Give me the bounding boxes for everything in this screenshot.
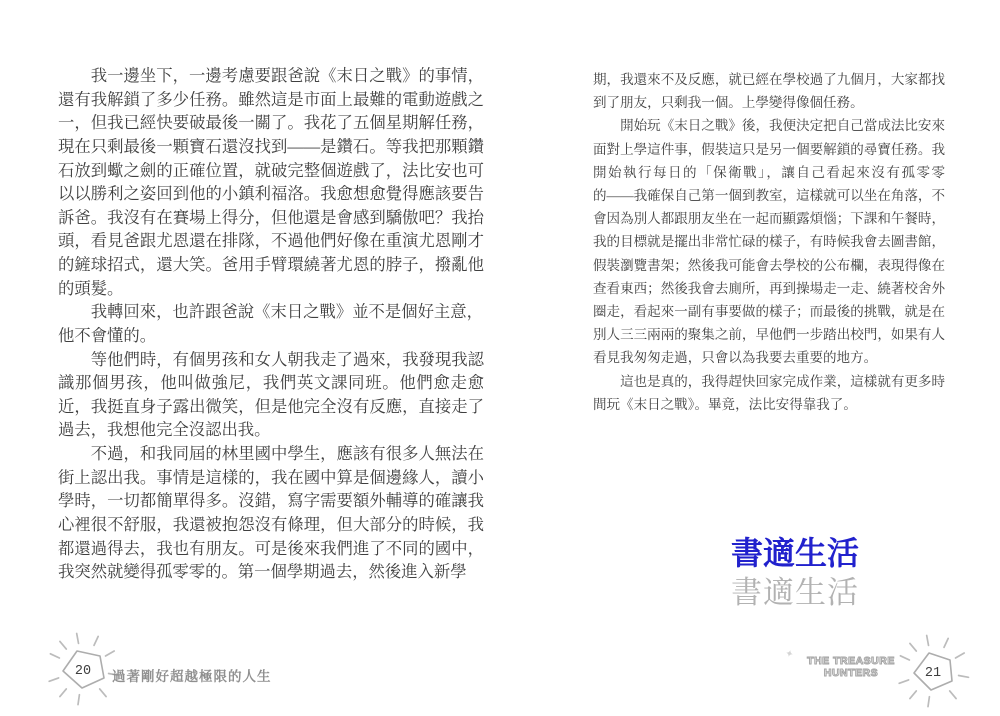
text-line: 這也是真的，我得趕快回家完成作業，這樣就有更多時 (593, 370, 945, 393)
text-line: 以以勝利之姿回到他的小鎮利福洛。我愈想愈覺得應該要告 (58, 182, 484, 206)
series-logo-line2: HUNTERS (791, 668, 911, 680)
text-line: 都還過得去，我也有朋友。可是後來我們進了不同的國中， (58, 537, 484, 561)
watermark-primary: 書適生活 (731, 537, 859, 569)
text-line: 別人三三兩兩的聚集之前，早他們一步踏出校門，如果有人 (593, 323, 945, 346)
text-line: 現在只剩最後一顆寶石還沒找到——是鑽石。等我把那顆鑽 (58, 135, 484, 159)
page-number-right: 21 (925, 666, 941, 681)
text-line: 間玩《末日之戰》。畢竟，法比安得靠我了。 (593, 393, 945, 416)
text-line: 我轉回來，也許跟爸說《末日之戰》並不是個好主意， (58, 300, 484, 324)
text-line: 他不會懂的。 (58, 324, 484, 348)
text-line: 學時，一切都簡單得多。沒錯，寫字需要額外輔導的確讓我 (58, 489, 484, 513)
page-left: 我一邊坐下，一邊考慮要跟爸說《末日之戰》的事情，還有我解鎖了多少任務。雖然這是市… (0, 0, 500, 716)
footer-book-title: 過著剛好超越極限的人生 (112, 665, 272, 685)
text-line: 查看東西；然後我會去廁所，再到操場走一走、繞著校舍外 (593, 277, 945, 300)
text-line: 的——我確保自己第一個到教室，這樣就可以坐在角落，不 (593, 184, 945, 207)
text-line: 近，我挺直身子露出微笑，但是他完全沒有反應，直接走了 (58, 395, 484, 419)
text-line: 一，但我已經快要破最後一關了。我花了五個星期解任務， (58, 111, 484, 135)
text-line: 面對上學這件事，假裝這只是另一個要解鎖的尋寶任務。我 (593, 138, 945, 161)
text-line: 圈走，看起來一副有事要做的樣子；而最後的挑戰，就是在 (593, 300, 945, 323)
page-number-badge-right: 21 (896, 636, 972, 716)
text-line: 開始執行每日的「保衛戰」，讓自己看起來沒有孤零零 (593, 161, 945, 184)
text-line: 的鏟球招式，還大笑。爸用手臂環繞著尤恩的脖子，撥亂他 (58, 253, 484, 277)
text-line: 街上認出我。事情是這樣的，我在國中算是個邊緣人，讀小 (58, 466, 484, 490)
series-logo-line1: THE TREASURE (791, 656, 911, 668)
page-number-badge-left: 20 (46, 634, 122, 714)
text-line: 假裝瀏覽書架；然後我可能會去學校的公布欄，表現得像在 (593, 254, 945, 277)
text-line: 我的目標就是擺出非常忙碌的樣子，有時候我會去圖書館， (593, 230, 945, 253)
text-line: 我突然就變得孤零零的。第一個學期過去，然後進入新學 (58, 560, 484, 584)
page-right-body-text: 期，我還來不及反應，就已經在學校過了九個月，大家都找到了朋友，只剩我一個。上學變… (593, 68, 945, 416)
page-number-left: 20 (75, 664, 91, 679)
watermark-secondary: 書適生活 (731, 577, 859, 608)
text-line: 不過，和我同屆的林里國中學生，應該有很多人無法在 (58, 442, 484, 466)
watermark: 書適生活 書適生活 (731, 537, 859, 608)
text-line: 頭，看見爸跟尤恩還在排隊，不過他們好像在重演尤恩剛才 (58, 229, 484, 253)
text-line: 石放到蠍之劍的正確位置，就破完整個遊戲了，法比安也可 (58, 159, 484, 183)
text-line: 的頭髮。 (58, 277, 484, 301)
text-line: 心裡很不舒服，我還被抱怨沒有條理，但大部分的時候，我 (58, 513, 484, 537)
text-line: 還有我解鎖了多少任務。雖然這是市面上最難的電動遊戲之 (58, 88, 484, 112)
page-left-body-text: 我一邊坐下，一邊考慮要跟爸說《末日之戰》的事情，還有我解鎖了多少任務。雖然這是市… (58, 64, 484, 584)
text-line: 看見我匆匆走過，只會以為我要去重要的地方。 (593, 346, 945, 369)
text-line: 會因為別人都跟朋友坐在一起而顯露煩惱；下課和午餐時， (593, 207, 945, 230)
text-line: 過去，我想他完全沒認出我。 (58, 418, 484, 442)
text-line: 等他們時，有個男孩和女人朝我走了過來，我發現我認 (58, 348, 484, 372)
book-spread: 我一邊坐下，一邊考慮要跟爸說《末日之戰》的事情，還有我解鎖了多少任務。雖然這是市… (0, 0, 1000, 716)
text-line: 訴爸。我沒有在賽場上得分，但他還是會感到驕傲吧？我抬 (58, 206, 484, 230)
text-line: 期，我還來不及反應，就已經在學校過了九個月，大家都找 (593, 68, 945, 91)
text-line: 識那個男孩，他叫做強尼，我們英文課同班。他們愈走愈 (58, 371, 484, 395)
page-right: 期，我還來不及反應，就已經在學校過了九個月，大家都找到了朋友，只剩我一個。上學變… (500, 0, 1000, 716)
text-line: 開始玩《末日之戰》後，我便決定把自己當成法比安來 (593, 114, 945, 137)
text-line: 我一邊坐下，一邊考慮要跟爸說《末日之戰》的事情， (58, 64, 484, 88)
series-logo: THE TREASURE HUNTERS (791, 656, 911, 679)
text-line: 到了朋友，只剩我一個。上學變得像個任務。 (593, 91, 945, 114)
